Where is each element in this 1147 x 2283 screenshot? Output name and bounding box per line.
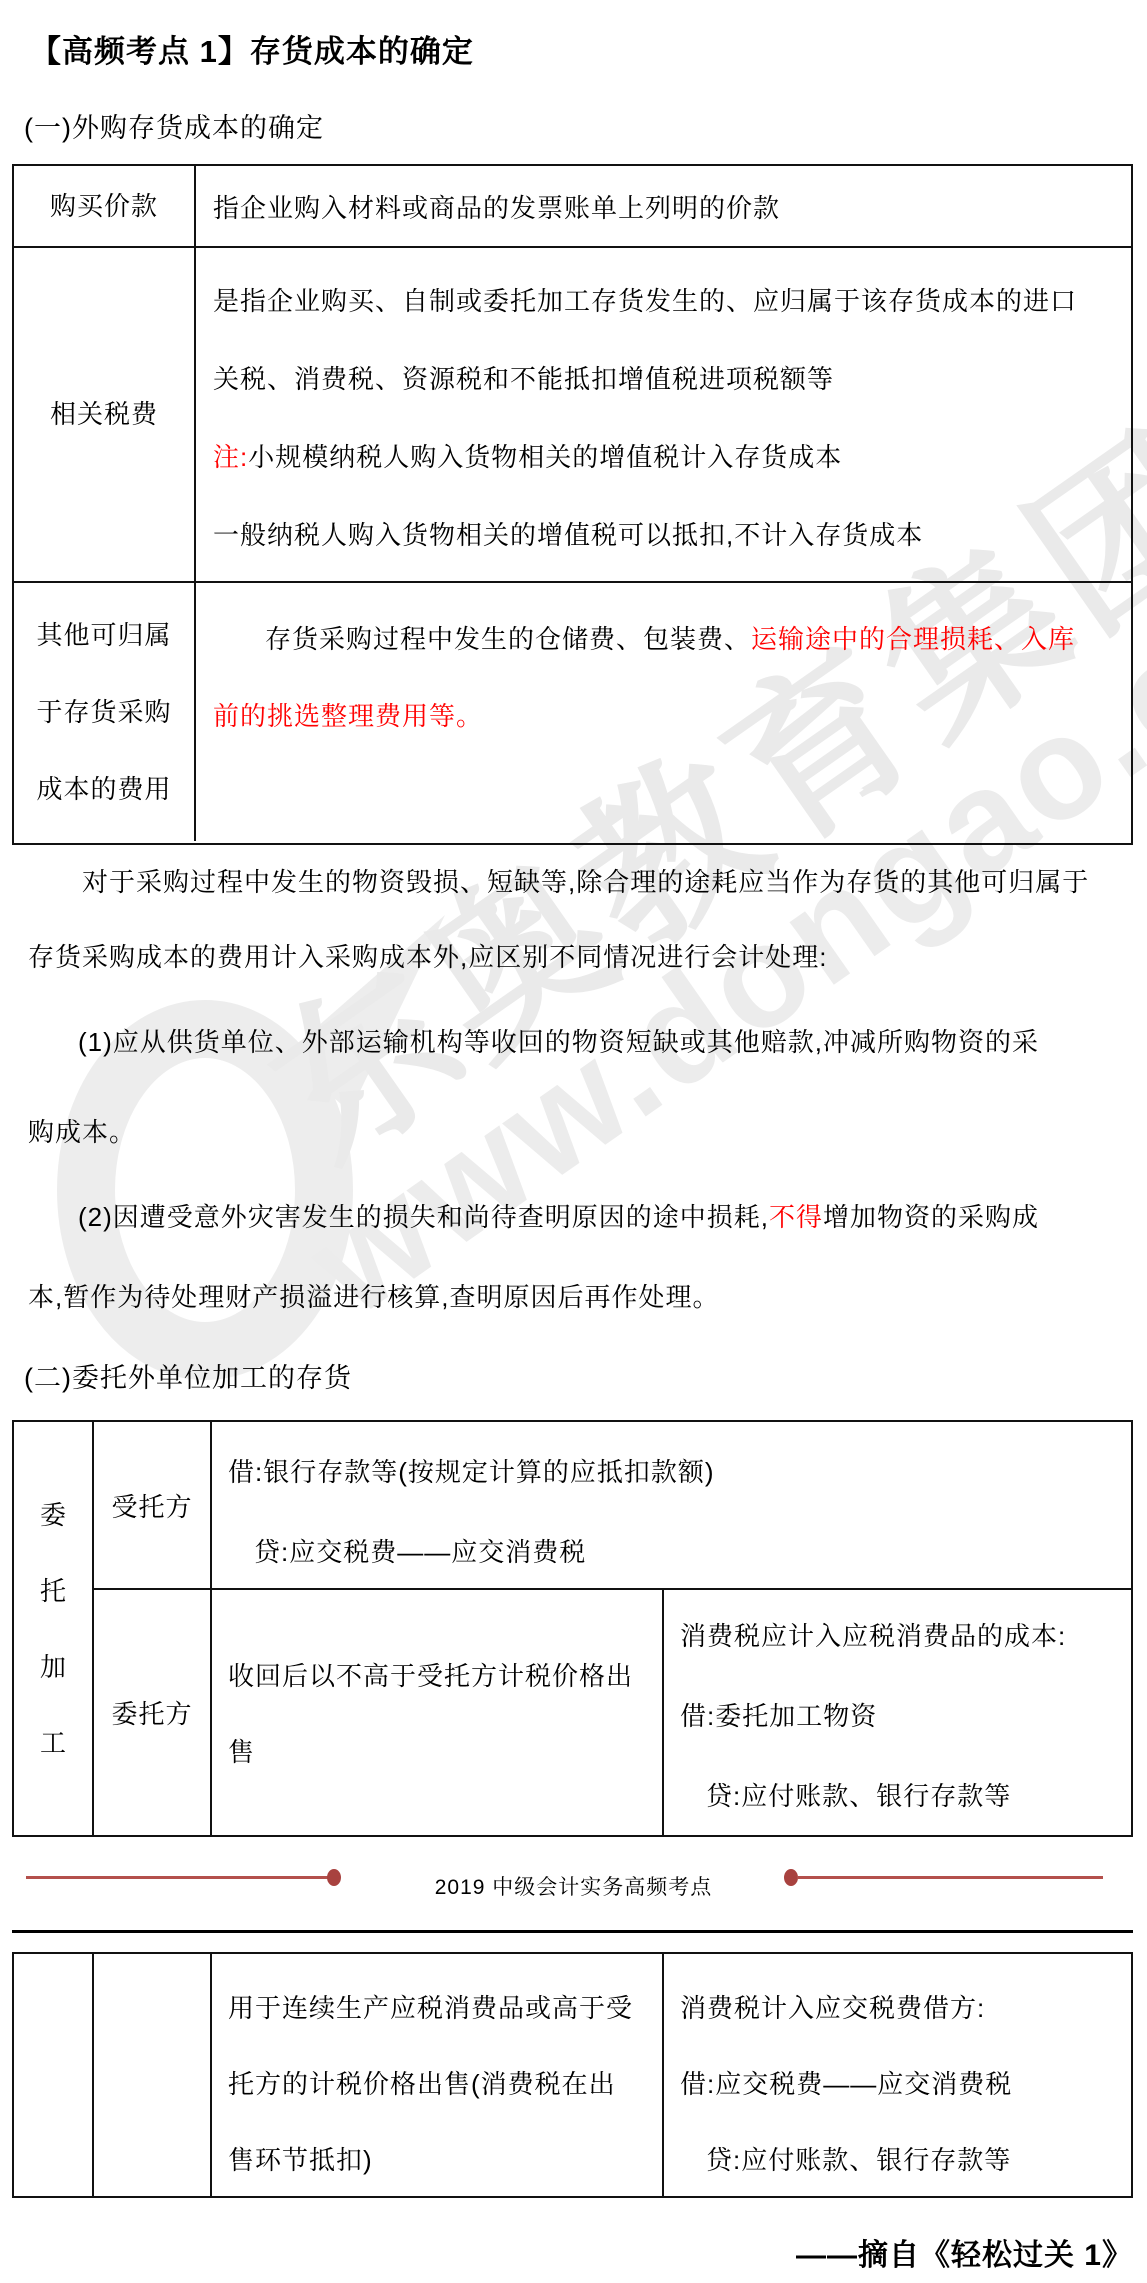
vertical-label-commissioned-processing: 委 托 加 工 <box>14 1422 94 1835</box>
purchased-inventory-cost-table: 购买价款 指企业购入材料或商品的发票账单上列明的价款 相关税费 是指企业购买、自… <box>12 164 1133 845</box>
paragraph-line: (2)因遭受意外灾害发生的损失和尚待查明原因的途中损耗,不得增加物资的采购成 <box>28 1200 1133 1234</box>
commissioned-processing-table: 委 托 加 工 受托方 借:银行存款等(按规定计算的应抵扣款额) 贷:应交税费—… <box>12 1420 1133 1837</box>
table-body: 受托方 借:银行存款等(按规定计算的应抵扣款额) 贷:应交税费——应交消费税 委… <box>94 1422 1131 1835</box>
text-line: 存货采购过程中发生的仓储费、包装费、运输途中的合理损耗、入库 <box>213 599 1131 676</box>
continuous-production-tax-treatment: 消费税计入应交税费借方: 借:应交税费——应交消费税 贷:应付账款、银行存款等 <box>664 1954 1131 2196</box>
row-label-other-attributable-costs: 其他可归属 于存货采购 成本的费用 <box>14 583 196 841</box>
table-row: 购买价款 指企业购入材料或商品的发票账单上列明的价款 <box>14 166 1131 248</box>
text-line: 收回后以不高于受托方计税价格出 <box>228 1636 662 1712</box>
paragraph-line: 存货采购成本的费用计入采购成本外,应区别不同情况进行会计处理: <box>28 940 1133 974</box>
text-line: 售 <box>228 1712 662 1788</box>
principal-case-description: 收回后以不高于受托方计税价格出 售 <box>212 1590 664 1835</box>
text-line: 贷:应付账款、银行存款等 <box>680 1754 1131 1834</box>
table-row-principal: 委托方 收回后以不高于受托方计税价格出 售 消费税应计入应税消费品的成本: 借 <box>94 1590 1131 1835</box>
text-line: 贷:应付账款、银行存款等 <box>680 2120 1131 2196</box>
other-costs-definition: 存货采购过程中发生的仓储费、包装费、运输途中的合理损耗、入库 前的挑选整理费用等… <box>196 583 1131 841</box>
text-line: 托方的计税价格出售(消费税在出 <box>228 2044 662 2120</box>
document-page: 东奥教育集团 www.dongao.com 【高频考点 1】存货成本的确定 (一… <box>0 0 1147 2283</box>
text-line: 用于连续生产应税消费品或高于受 <box>228 1968 662 2044</box>
text-line: 借:银行存款等(按规定计算的应抵扣款额) <box>228 1430 1131 1510</box>
principal-tax-treatment: 消费税应计入应税消费品的成本: 借:委托加工物资 贷:应付账款、银行存款等 <box>664 1590 1131 1835</box>
footer-divider-dot-right <box>784 1869 798 1886</box>
paragraph-line: (1)应从供货单位、外部运输机构等收回的物资短缺或其他赔款,冲减所购物资的采 <box>28 1025 1133 1059</box>
page-break-line <box>12 1930 1133 1933</box>
text-line: 关税、消费税、资源税和不能抵扣增值税进项税额等 <box>213 338 1131 416</box>
text-line: 售环节抵扣) <box>228 2120 662 2196</box>
text-line: 贷:应交税费——应交消费税 <box>228 1510 1131 1590</box>
continuous-production-case-description: 用于连续生产应税消费品或高于受 托方的计税价格出售(消费税在出 售环节抵扣) <box>212 1954 664 2196</box>
text-line: 是指企业购买、自制或委托加工存货发生的、应归属于该存货成本的进口 <box>213 260 1131 338</box>
purchase-price-definition: 指企业购入材料或商品的发票账单上列明的价款 <box>196 166 1131 246</box>
text-line: 消费税应计入应税消费品的成本: <box>680 1594 1131 1674</box>
section-heading-2: (二)委托外单位加工的存货 <box>24 1356 352 1395</box>
row-label-purchase-price: 购买价款 <box>14 166 196 246</box>
text-line: 借:应交税费——应交消费税 <box>680 2044 1131 2120</box>
footer-divider-line-right <box>797 1876 1103 1879</box>
table-row: 相关税费 是指企业购买、自制或委托加工存货发生的、应归属于该存货成本的进口 关税… <box>14 248 1131 583</box>
empty-cell <box>14 1954 94 2196</box>
row-label-related-taxes: 相关税费 <box>14 248 196 581</box>
party-label-trustee: 受托方 <box>94 1422 212 1588</box>
section-heading-1: (一)外购存货成本的确定 <box>24 106 324 145</box>
text-line: 一般纳税人购入货物相关的增值税可以抵扣,不计入存货成本 <box>213 494 1131 572</box>
party-label-principal: 委托方 <box>94 1590 212 1835</box>
text-line: 前的挑选整理费用等。 <box>213 676 1131 753</box>
table-row-trustee: 受托方 借:银行存款等(按规定计算的应抵扣款额) 贷:应交税费——应交消费税 <box>94 1422 1131 1590</box>
related-taxes-definition: 是指企业购买、自制或委托加工存货发生的、应归属于该存货成本的进口 关税、消费税、… <box>196 248 1131 581</box>
text-line: 消费税计入应交税费借方: <box>680 1968 1131 2044</box>
source-citation: ——摘自《轻松过关 1》 <box>796 2230 1133 2274</box>
paragraph-line: 本,暂作为待处理财产损溢进行核算,查明原因后再作处理。 <box>28 1280 1133 1314</box>
paragraph-line: 对于采购过程中发生的物资毁损、短缺等,除合理的途耗应当作为存货的其他可归属于 <box>28 865 1133 899</box>
text-line: 注:小规模纳税人购入货物相关的增值税计入存货成本 <box>213 416 1131 494</box>
commissioned-processing-table-continued: 用于连续生产应税消费品或高于受 托方的计税价格出售(消费税在出 售环节抵扣) 消… <box>12 1952 1133 2198</box>
paragraph-line: 购成本。 <box>28 1115 1133 1149</box>
empty-cell <box>94 1954 212 2196</box>
page-title: 【高频考点 1】存货成本的确定 <box>30 26 474 71</box>
text-line: 借:委托加工物资 <box>680 1674 1131 1754</box>
table-row: 其他可归属 于存货采购 成本的费用 存货采购过程中发生的仓储费、包装费、运输途中… <box>14 583 1131 841</box>
trustee-journal-entry: 借:银行存款等(按规定计算的应抵扣款额) 贷:应交税费——应交消费税 <box>212 1422 1131 1588</box>
